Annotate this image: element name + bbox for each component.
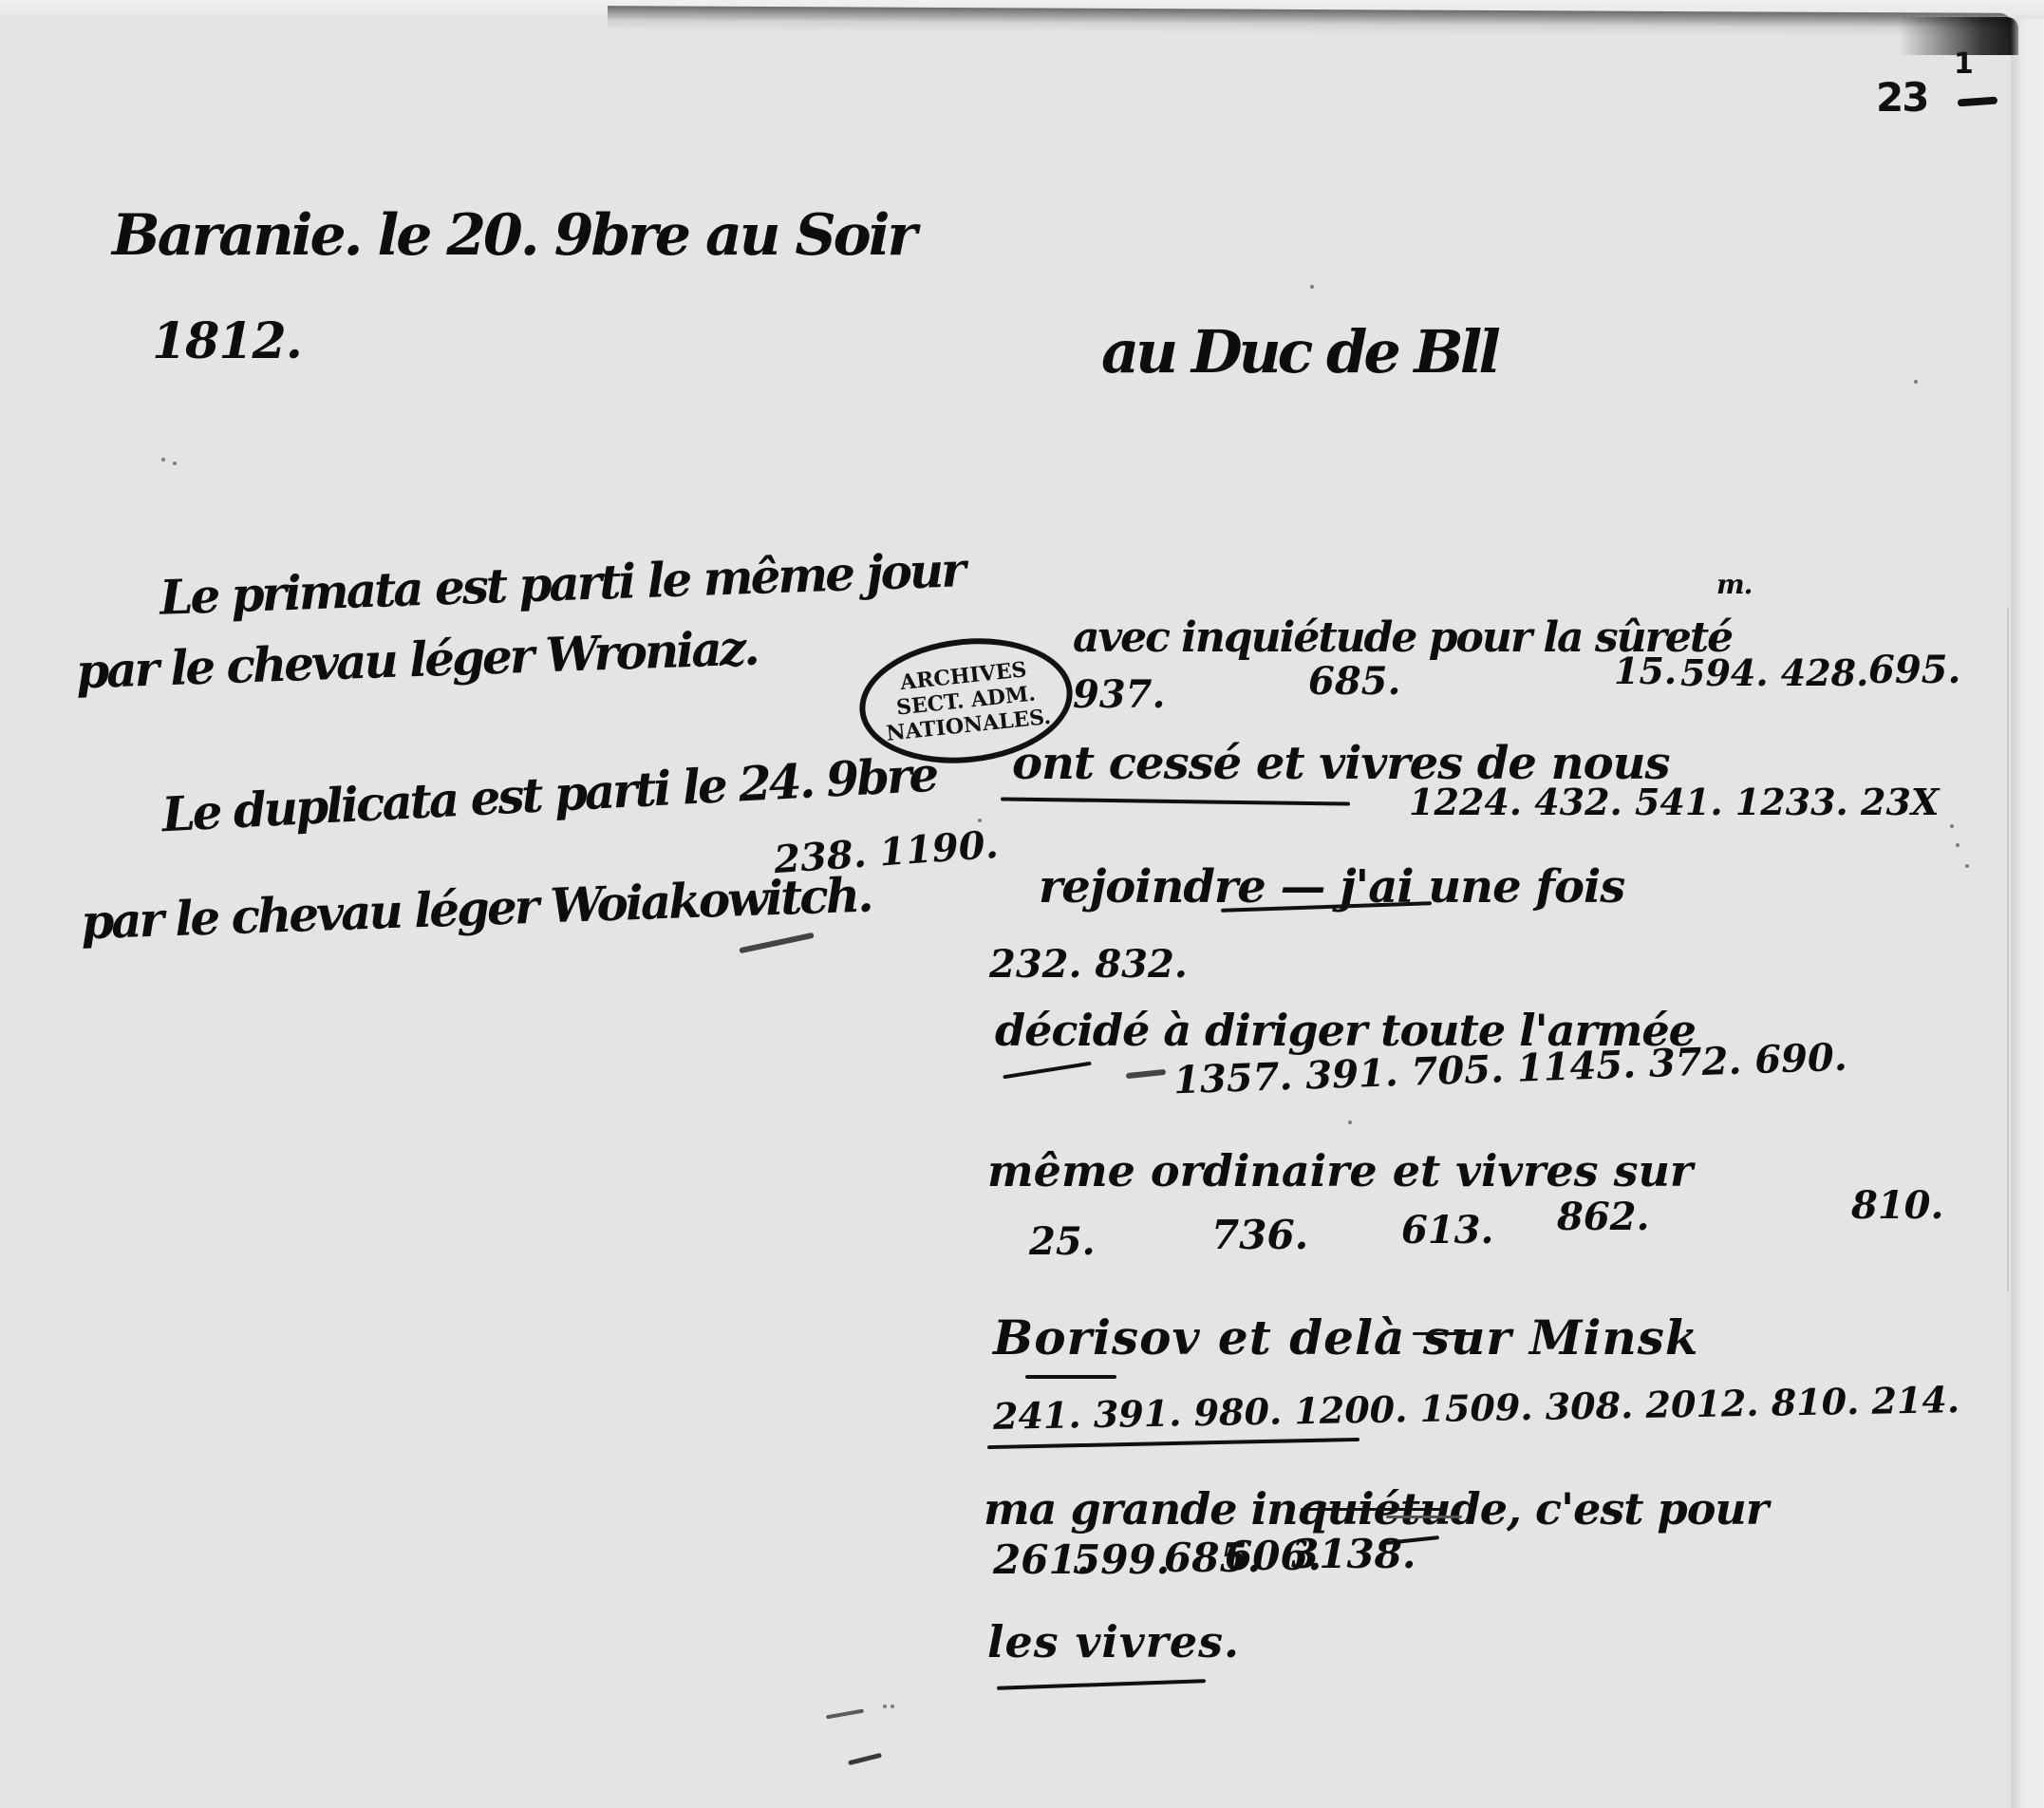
speck: [1310, 285, 1314, 289]
right-line7-underline-a: [1301, 1508, 1443, 1511]
speck: [891, 1704, 894, 1708]
right-line1-cipher-3: 15.: [1614, 653, 1677, 689]
paragraph1-line2: par le chevau léger Wroniaz.: [75, 624, 758, 695]
addressee-flourish: au Duc de Bll: [1101, 323, 1497, 382]
right-line5-plain: même ordinaire et vivres sur: [987, 1149, 1693, 1193]
right-line1-cipher-5: 695.: [1868, 651, 1960, 689]
folio-underline: [1958, 97, 1997, 107]
right-line7-cipher-5: 3138.: [1291, 1535, 1416, 1574]
right-line2-plain: ont cessé et vivres de nous: [1012, 741, 1670, 786]
speck: [1956, 843, 1960, 847]
right-line6-underline-b: [1413, 1332, 1473, 1335]
right-line3-cipher: 232. 832.: [989, 946, 1188, 984]
year-line: 1812.: [152, 317, 302, 367]
speck: [173, 461, 177, 465]
right-line6-cipher: 241. 391. 980. 1200. 1509. 308. 2012. 81…: [993, 1382, 1960, 1435]
bottom-smudge-1: [826, 1709, 864, 1720]
speck: [1950, 824, 1954, 828]
place-date-line: Baranie. le 20. 9bre au Soir: [112, 207, 914, 264]
paragraph2-line2: par le chevau léger Woiakowitch.: [80, 871, 872, 946]
right-line4-arrow: [1126, 1069, 1166, 1079]
speck: [978, 819, 982, 822]
paragraph2-underline: [739, 932, 814, 954]
right-line3-plain: rejoindre — j'ai une fois: [1039, 864, 1624, 910]
right-line5-cipher-1: 25.: [1029, 1223, 1096, 1261]
right-line1-cipher-2: 685.: [1308, 663, 1400, 701]
right-line5-cipher-2: 736.: [1211, 1215, 1308, 1255]
right-line4-underline: [1003, 1062, 1091, 1080]
paragraph2-line1: Le duplicata est parti le 24. 9bre: [160, 751, 937, 839]
right-line7-underline-b: [1386, 1516, 1462, 1518]
right-line2-underline: [1001, 797, 1350, 805]
right-line2-cipher: 1224. 432. 541. 1233. 23X: [1409, 784, 1939, 820]
right-line5-cipher-3: 613.: [1401, 1212, 1493, 1250]
right-line1-cipher-1: 937.: [1073, 676, 1165, 714]
right-line5-cipher-5: 810.: [1851, 1187, 1943, 1225]
speck: [161, 458, 165, 461]
bottom-smudge-2: [848, 1753, 882, 1766]
right-line1-superscript: m.: [1716, 572, 1752, 598]
page-right-edge: [2011, 19, 2044, 1808]
right-line8-plain: les vivres.: [987, 1620, 1240, 1664]
folio-superscript: 1: [1954, 47, 1974, 81]
manuscript-page: 23 1 Baranie. le 20. 9bre au Soir 1812. …: [0, 0, 2044, 1808]
right-line6-underline-a: [1025, 1375, 1116, 1379]
right-line1-cipher-4: 594. 428.: [1680, 655, 1868, 691]
right-line6-plain: Borisov et delà sur Minsk: [993, 1314, 1699, 1362]
speck: [1348, 1121, 1352, 1124]
folio-number: 23: [1876, 74, 1927, 121]
right-line6-cipher-underline: [987, 1438, 1360, 1449]
right-line5-cipher-4: 862.: [1557, 1198, 1649, 1236]
paragraph1-line1: Le primata est parti le même jour: [159, 546, 964, 622]
page-fold-line: [2007, 608, 2009, 1291]
speck: [1965, 864, 1969, 868]
speck: [1914, 380, 1918, 384]
right-line8-underline: [997, 1679, 1206, 1690]
speck: [883, 1704, 887, 1708]
right-line7-cipher-2: 599.: [1073, 1540, 1170, 1580]
